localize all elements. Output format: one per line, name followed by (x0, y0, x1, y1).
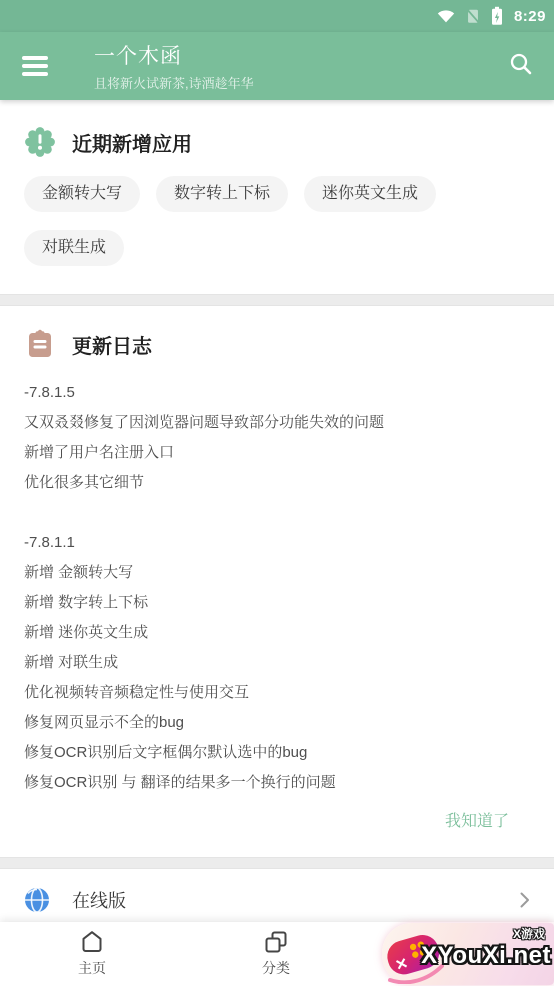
section-divider (0, 294, 554, 306)
changelog-entry: 新增了用户名注册入口 (24, 438, 530, 468)
watermark-badge: X游戏 (513, 925, 545, 942)
clipboard-icon (24, 328, 56, 360)
chevron-right-icon (520, 892, 530, 908)
watermark-site-name: XYouXi.net (421, 942, 551, 970)
nav-label-home: 主页 (50, 958, 134, 978)
hamburger-menu-icon[interactable] (22, 52, 50, 81)
section-divider (0, 857, 554, 869)
changelog-actions: 我知道了 (0, 798, 554, 857)
changelog-entry: 优化很多其它细节 (24, 468, 530, 498)
chip-couplet-generator[interactable]: 对联生成 (24, 230, 124, 266)
changelog-entry: 新增 数字转上下标 (24, 588, 530, 618)
home-icon (50, 929, 134, 955)
nav-item-home[interactable]: 主页 (50, 929, 134, 978)
changelog-entry: -7.8.1.1 (24, 528, 530, 558)
page-title: 一个木函 (94, 40, 254, 70)
chip-mini-english[interactable]: 迷你英文生成 (304, 176, 436, 212)
changelog-entry: 新增 迷你英文生成 (24, 618, 530, 648)
app-bar: 一个木函 且将新火试新茶,诗酒趁年华 (0, 32, 554, 100)
search-icon[interactable] (508, 51, 534, 82)
header-title-block: 一个木函 且将新火试新茶,诗酒趁年华 (94, 40, 254, 92)
page-subtitle: 且将新火试新茶,诗酒趁年华 (94, 73, 254, 92)
watermark: ✕ X游戏 XYouXi.net (382, 923, 554, 985)
status-bar: 8:29 (0, 0, 554, 32)
changelog-card: 更新日志 -7.8.1.5 又双叒叕修复了因浏览器问题导致部分功能失效的问题 新… (0, 306, 554, 857)
recent-apps-title: 近期新增应用 (72, 128, 192, 157)
wifi-icon (436, 7, 456, 25)
changelog-header: 更新日志 (0, 328, 554, 360)
categories-icon (234, 929, 318, 955)
chip-amount-to-uppercase[interactable]: 金额转大写 (24, 176, 140, 212)
got-it-button[interactable]: 我知道了 (445, 808, 509, 831)
chip-number-to-scripts[interactable]: 数字转上下标 (156, 176, 288, 212)
app-screen: 8:29 一个木函 且将新火试新茶,诗酒趁年华 (0, 0, 554, 986)
changelog-title: 更新日志 (72, 330, 152, 359)
changelog-entry: 优化视频转音频稳定性与使用交互 (24, 678, 530, 708)
nav-item-categories[interactable]: 分类 (234, 929, 318, 978)
recent-apps-header: 近期新增应用 (0, 126, 554, 158)
recent-apps-card: 近期新增应用 金额转大写 数字转上下标 迷你英文生成 对联生成 (0, 100, 554, 294)
changelog-entry: -7.8.1.5 (24, 378, 530, 408)
new-badge-icon (24, 126, 56, 158)
no-sim-icon (464, 7, 482, 25)
nav-label-categories: 分类 (234, 958, 318, 978)
changelog-entry: 新增 金额转大写 (24, 558, 530, 588)
changelog-entry: 又双叒叕修复了因浏览器问题导致部分功能失效的问题 (24, 408, 530, 438)
changelog-entry-blank (24, 498, 530, 528)
changelog-entry: 修复OCR识别 与 翻译的结果多一个换行的问题 (24, 768, 530, 798)
changelog-entry: 新增 对联生成 (24, 648, 530, 678)
online-version-label: 在线版 (72, 887, 126, 913)
changelog-body: -7.8.1.5 又双叒叕修复了因浏览器问题导致部分功能失效的问题 新增了用户名… (0, 360, 554, 798)
battery-charging-icon (490, 6, 504, 26)
status-time: 8:29 (514, 8, 546, 25)
recent-apps-chip-list: 金额转大写 数字转上下标 迷你英文生成 对联生成 (0, 158, 554, 284)
changelog-entry: 修复网页显示不全的bug (24, 708, 530, 738)
changelog-entry: 修复OCR识别后文字框偶尔默认选中的bug (24, 738, 530, 768)
globe-icon (24, 887, 50, 913)
